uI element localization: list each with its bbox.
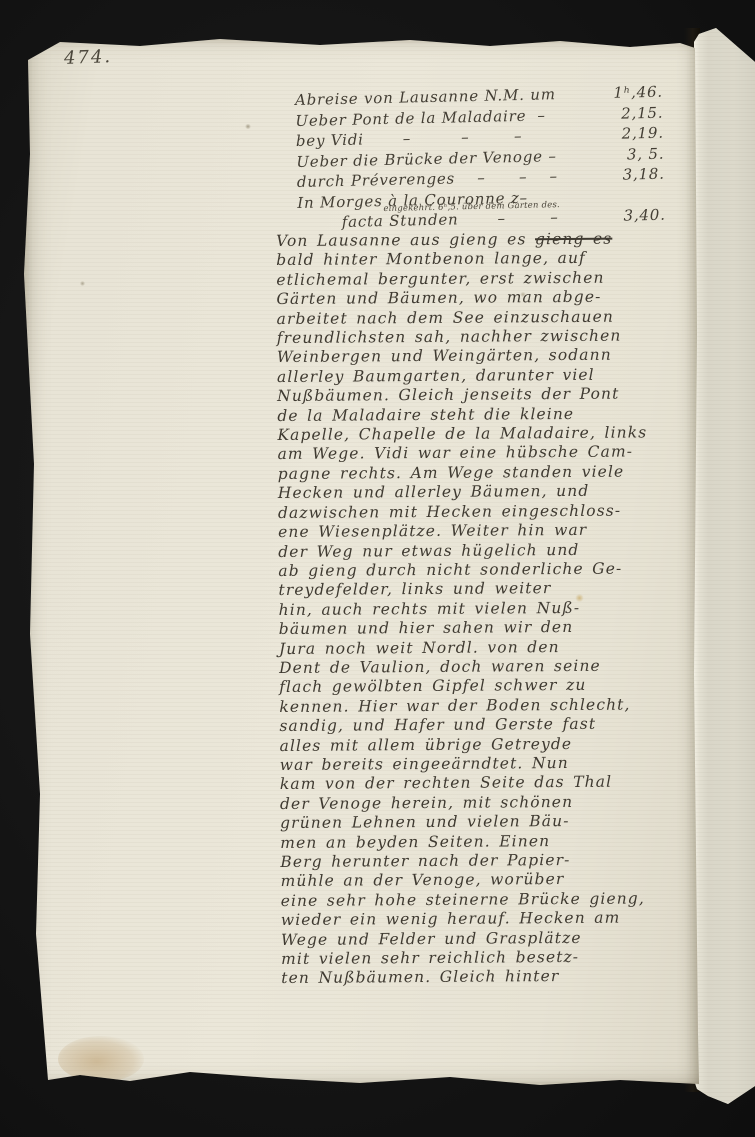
itinerary-time: 1ʰ,46. bbox=[607, 82, 663, 103]
itinerary-time: 3,18. bbox=[616, 164, 665, 185]
paper-stain bbox=[58, 1036, 144, 1082]
next-page-edge bbox=[694, 28, 755, 1104]
itinerary-time: 2,15. bbox=[615, 102, 664, 123]
itinerary-time: 3,40. bbox=[617, 205, 666, 226]
itinerary-time: 3, 5. bbox=[621, 143, 665, 164]
manuscript-scan: 474. Abreise von Lausanne N.M. um1ʰ,46.U… bbox=[0, 0, 755, 1137]
struck-through-text: gieng es bbox=[535, 230, 612, 249]
body-line: Kapelle, Chapelle de la Maladaire, links bbox=[277, 423, 697, 445]
journal-body-text: Von Lausanne aus gieng es gieng esbald h… bbox=[276, 229, 701, 989]
page-number: 474. bbox=[64, 47, 113, 69]
manuscript-page: 474. Abreise von Lausanne N.M. um1ʰ,46.U… bbox=[20, 34, 699, 1090]
paper-stain bbox=[245, 124, 251, 129]
body-line: ten Nußbäumen. Gleich hinter bbox=[281, 966, 701, 988]
paper-stain bbox=[80, 281, 85, 286]
itinerary-block: Abreise von Lausanne N.M. um1ʰ,46.Ueber … bbox=[295, 82, 666, 234]
body-line: eine sehr hohe steinerne Brücke gieng, bbox=[281, 889, 701, 911]
itinerary-time: 2,19. bbox=[615, 123, 664, 144]
